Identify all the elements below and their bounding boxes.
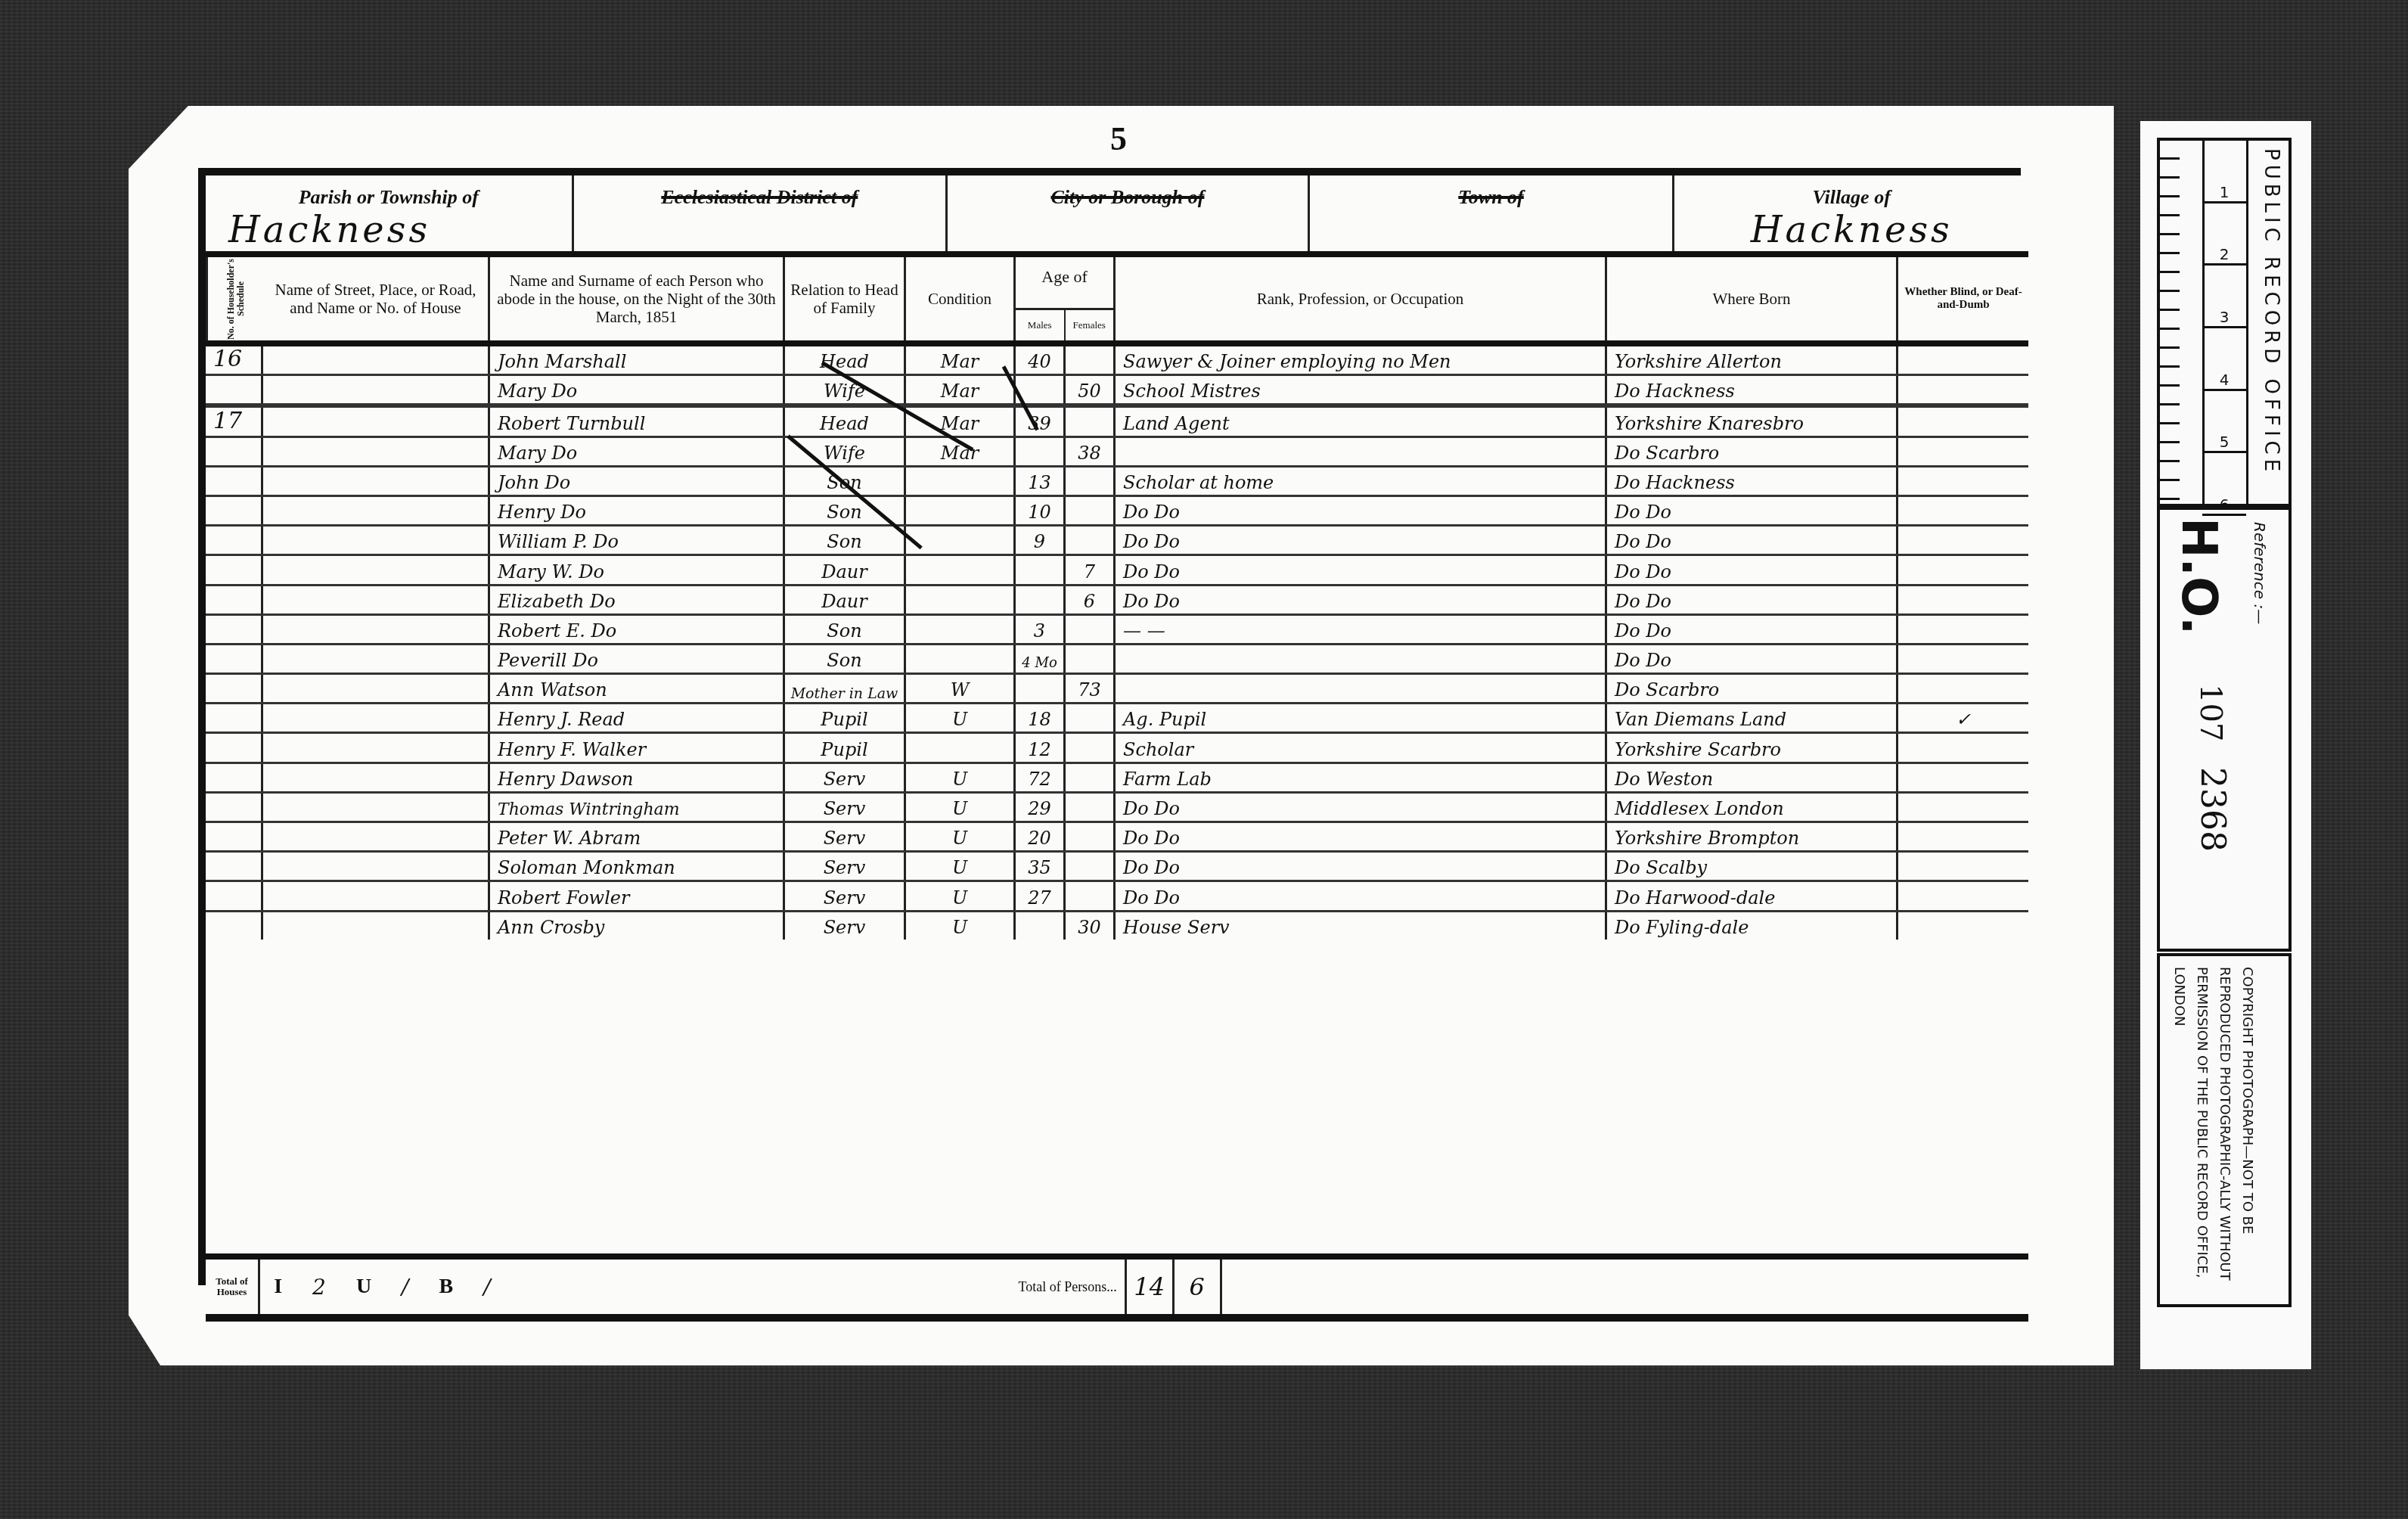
cell-male-age: 20 <box>1016 823 1066 850</box>
census-rows: 16 John Marshall Head Mar 40 Sawyer & Jo… <box>206 346 2028 940</box>
cell-relation: Son <box>785 468 906 495</box>
cell-condition <box>906 556 1016 583</box>
table-row: John Do Son 13 Scholar at home Do Hackne… <box>206 468 2028 497</box>
cell-condition: U <box>906 823 1016 850</box>
cell-blind <box>1898 586 2028 614</box>
cell-blind <box>1898 556 2028 583</box>
reference-series: 107 <box>2193 684 2228 741</box>
cell-born: Do Weston <box>1607 764 1898 791</box>
cell-occupation: School Mistres <box>1116 376 1607 403</box>
cell-relation: Serv <box>785 882 906 909</box>
totals-blank <box>1220 1260 2028 1314</box>
cell-born: Yorkshire Allerton <box>1607 346 1898 374</box>
reference-piece: 2368 <box>2193 767 2232 852</box>
total-houses-values: I 2 U / B / <box>260 1260 970 1314</box>
cell-occupation: Do Do <box>1116 853 1607 880</box>
cell-relation: Pupil <box>785 734 906 761</box>
cell-occupation <box>1116 645 1607 673</box>
reference-strip: 1 2 3 4 5 6 PUBLIC RECORD OFFICE H.O. Re… <box>2140 121 2311 1369</box>
cell-female-age <box>1066 734 1116 761</box>
cell-schedule <box>206 882 263 909</box>
cell-occupation: House Serv <box>1116 912 1607 940</box>
header-condition: Condition <box>906 257 1016 340</box>
cell-relation: Serv <box>785 764 906 791</box>
table-row: Robert E. Do Son 3 — — Do Do <box>206 616 2028 645</box>
cell-name: William P. Do <box>490 527 785 554</box>
cell-occupation: Land Agent <box>1116 408 1607 435</box>
table-row: Henry Dawson Serv U 72 Farm Lab Do Westo… <box>206 764 2028 794</box>
cell-relation: Son <box>785 616 906 643</box>
ruler-cm-scale: 1 2 3 4 5 6 <box>2202 141 2248 504</box>
cell-relation: Son <box>785 527 906 554</box>
cell-male-age <box>1016 586 1066 614</box>
cell-schedule <box>206 645 263 673</box>
cell-relation: Mother in Law <box>785 675 906 702</box>
cell-occupation: Scholar at home <box>1116 468 1607 495</box>
inhabited-value: 2 <box>312 1275 326 1300</box>
cell-born: Yorkshire Knaresbro <box>1607 408 1898 435</box>
cell-occupation: Do Do <box>1116 527 1607 554</box>
cell-condition <box>906 527 1016 554</box>
total-males: 14 <box>1125 1260 1172 1314</box>
cell-street <box>263 853 490 880</box>
parish-label: Parish or Township of <box>206 186 572 209</box>
cell-condition: Mar <box>906 376 1016 403</box>
cell-female-age <box>1066 645 1116 673</box>
cell-condition <box>906 645 1016 673</box>
ruler-ticks <box>2160 141 2205 504</box>
table-row: Peter W. Abram Serv U 20 Do Do Yorkshire… <box>206 823 2028 853</box>
table-row: Ann Crosby Serv U 30 House Serv Do Fylin… <box>206 912 2028 940</box>
uninhabited-value: / <box>402 1275 408 1300</box>
cell-street <box>263 734 490 761</box>
cell-female-age <box>1066 823 1116 850</box>
cell-schedule <box>206 556 263 583</box>
cell-name: Henry J. Read <box>490 704 785 732</box>
cell-born: Do Do <box>1607 497 1898 524</box>
cell-street <box>263 645 490 673</box>
building-value: / <box>483 1275 490 1300</box>
cell-male-age: 12 <box>1016 734 1066 761</box>
cell-street <box>263 912 490 940</box>
cell-name: Ann Crosby <box>490 912 785 940</box>
cell-schedule <box>206 586 263 614</box>
cell-name: Elizabeth Do <box>490 586 785 614</box>
cell-schedule <box>206 616 263 643</box>
table-row: Thomas Wintringham Serv U 29 Do Do Middl… <box>206 794 2028 823</box>
location-band: Parish or Township of Hackness Ecclesias… <box>206 176 2028 257</box>
table-row: 16 John Marshall Head Mar 40 Sawyer & Jo… <box>206 346 2028 376</box>
copyright-box: COPYRIGHT PHOTOGRAPH—NOT TO BE REPRODUCE… <box>2157 953 2292 1307</box>
cell-schedule <box>206 912 263 940</box>
cell-name: Henry F. Walker <box>490 734 785 761</box>
cell-female-age <box>1066 704 1116 732</box>
column-headers: No. of Householder's Schedule Name of St… <box>206 257 2028 346</box>
cell-occupation: Do Do <box>1116 823 1607 850</box>
total-females: 6 <box>1172 1260 1220 1314</box>
cell-occupation: Ag. Pupil <box>1116 704 1607 732</box>
cell-condition <box>906 734 1016 761</box>
cell-relation: Serv <box>785 794 906 821</box>
cell-street <box>263 408 490 435</box>
totals-row: Total of Houses I 2 U / B / Total of Per… <box>206 1253 2028 1322</box>
ruler-mark: 1 <box>2202 141 2246 203</box>
reference-label: Reference :— <box>2251 522 2269 624</box>
cell-female-age <box>1066 346 1116 374</box>
cell-schedule <box>206 823 263 850</box>
copyright-text: COPYRIGHT PHOTOGRAPH—NOT TO BE REPRODUCE… <box>2168 967 2258 1292</box>
cell-name: John Do <box>490 468 785 495</box>
cell-female-age <box>1066 794 1116 821</box>
cell-blind <box>1898 468 2028 495</box>
table-row: Robert Fowler Serv U 27 Do Do Do Harwood… <box>206 882 2028 912</box>
ruler-mark: 2 <box>2202 203 2246 266</box>
cell-schedule <box>206 794 263 821</box>
ruler-mark: 3 <box>2202 266 2246 328</box>
header-females: Females <box>1066 310 1114 340</box>
village-cell: Village of Hackness <box>1674 176 2028 251</box>
header-blind: Whether Blind, or Deaf-and-Dumb <box>1898 257 2028 340</box>
cell-born: Do Fyling-dale <box>1607 912 1898 940</box>
uninhabited-label: U <box>356 1275 371 1299</box>
table-row: Henry F. Walker Pupil 12 Scholar Yorkshi… <box>206 734 2028 763</box>
cell-occupation: Do Do <box>1116 586 1607 614</box>
cell-male-age: 72 <box>1016 764 1066 791</box>
cell-female-age <box>1066 764 1116 791</box>
table-row: Elizabeth Do Daur 6 Do Do Do Do <box>206 586 2028 616</box>
cell-condition: Mar <box>906 346 1016 374</box>
cell-born: Do Do <box>1607 645 1898 673</box>
cell-blind <box>1898 675 2028 702</box>
cell-schedule <box>206 764 263 791</box>
total-houses-label: Total of Houses <box>206 1260 260 1314</box>
cell-male-age: 10 <box>1016 497 1066 524</box>
cell-street <box>263 704 490 732</box>
cell-born: Van Diemans Land <box>1607 704 1898 732</box>
cell-male-age: 18 <box>1016 704 1066 732</box>
cell-occupation: — — <box>1116 616 1607 643</box>
cell-name: Soloman Monkman <box>490 853 785 880</box>
cell-female-age: 73 <box>1066 675 1116 702</box>
parish-cell: Parish or Township of Hackness <box>206 176 574 251</box>
cell-condition: W <box>906 675 1016 702</box>
cell-born: Do Do <box>1607 527 1898 554</box>
cell-occupation: Sawyer & Joiner employing no Men <box>1116 346 1607 374</box>
cell-schedule <box>206 468 263 495</box>
page-number: 5 <box>1110 120 1127 158</box>
census-form: Parish or Township of Hackness Ecclesias… <box>198 168 2021 1285</box>
cell-blind <box>1898 882 2028 909</box>
cell-occupation: Do Do <box>1116 556 1607 583</box>
cell-female-age <box>1066 527 1116 554</box>
cell-born: Do Harwood-dale <box>1607 882 1898 909</box>
cell-street <box>263 882 490 909</box>
cell-male-age: 40 <box>1016 346 1066 374</box>
cell-male-age: 4 Mo <box>1016 645 1066 673</box>
cell-schedule <box>206 497 263 524</box>
cell-male-age: 27 <box>1016 882 1066 909</box>
cell-male-age: 13 <box>1016 468 1066 495</box>
cell-female-age <box>1066 408 1116 435</box>
table-row: Mary Do Wife Mar 38 Do Scarbro <box>206 438 2028 468</box>
cell-born: Do Do <box>1607 616 1898 643</box>
cell-street <box>263 497 490 524</box>
cell-condition: U <box>906 764 1016 791</box>
header-age: Age of Males Females <box>1016 257 1116 340</box>
table-row: Soloman Monkman Serv U 35 Do Do Do Scalb… <box>206 853 2028 882</box>
cell-relation: Head <box>785 408 906 435</box>
header-street: Name of Street, Place, or Road, and Name… <box>263 257 490 340</box>
cell-born: Do Scarbro <box>1607 675 1898 702</box>
ecclesiastical-cell: Ecclesiastical District of <box>574 176 948 251</box>
cell-relation: Daur <box>785 586 906 614</box>
cell-name: John Marshall <box>490 346 785 374</box>
cell-blind <box>1898 645 2028 673</box>
cell-occupation <box>1116 438 1607 465</box>
parish-value: Hackness <box>206 209 594 251</box>
cell-street <box>263 468 490 495</box>
header-age-sub: Males Females <box>1016 308 1113 340</box>
table-row: Henry J. Read Pupil U 18 Ag. Pupil Van D… <box>206 704 2028 734</box>
cell-blind <box>1898 823 2028 850</box>
cell-name: Mary Do <box>490 438 785 465</box>
cell-born: Yorkshire Scarbro <box>1607 734 1898 761</box>
cell-street <box>263 556 490 583</box>
cell-born: Do Do <box>1607 586 1898 614</box>
cell-born: Yorkshire Brompton <box>1607 823 1898 850</box>
cell-street <box>263 376 490 403</box>
cell-condition: U <box>906 882 1016 909</box>
cell-relation: Son <box>785 645 906 673</box>
cell-female-age: 30 <box>1066 912 1116 940</box>
cell-street <box>263 346 490 374</box>
cell-street <box>263 527 490 554</box>
cell-blind <box>1898 438 2028 465</box>
cell-schedule <box>206 376 263 403</box>
cell-relation: Serv <box>785 912 906 940</box>
header-relation: Relation to Head of Family <box>785 257 906 340</box>
cell-occupation <box>1116 675 1607 702</box>
cell-schedule <box>206 527 263 554</box>
town-cell: Town of <box>1310 176 1675 251</box>
cell-name: Peter W. Abram <box>490 823 785 850</box>
town-label: Town of <box>1310 186 1673 209</box>
header-males: Males <box>1016 310 1066 340</box>
cell-blind <box>1898 794 2028 821</box>
city-label: City or Borough of <box>948 186 1308 209</box>
cell-blind <box>1898 616 2028 643</box>
scale-ruler: 1 2 3 4 5 6 PUBLIC RECORD OFFICE <box>2157 138 2292 507</box>
cell-name: Henry Dawson <box>490 764 785 791</box>
cell-female-age <box>1066 468 1116 495</box>
cell-occupation: Do Do <box>1116 794 1607 821</box>
cell-street <box>263 764 490 791</box>
cell-blind <box>1898 497 2028 524</box>
cell-condition: U <box>906 853 1016 880</box>
cell-blind <box>1898 527 2028 554</box>
cell-male-age <box>1016 438 1066 465</box>
cell-schedule <box>206 853 263 880</box>
cell-name: Mary W. Do <box>490 556 785 583</box>
cell-female-age: 7 <box>1066 556 1116 583</box>
cell-female-age <box>1066 853 1116 880</box>
header-age-title: Age of <box>1041 268 1087 286</box>
header-occupation: Rank, Profession, or Occupation <box>1116 257 1607 340</box>
cell-female-age: 38 <box>1066 438 1116 465</box>
cell-street <box>263 794 490 821</box>
table-row: Peverill Do Son 4 Mo Do Do <box>206 645 2028 675</box>
cell-condition <box>906 616 1016 643</box>
cell-street <box>263 438 490 465</box>
village-value: Hackness <box>1674 209 2028 251</box>
village-label: Village of <box>1674 186 2028 209</box>
cell-street <box>263 675 490 702</box>
strip-title: PUBLIC RECORD OFFICE <box>2260 148 2282 476</box>
cell-condition <box>906 586 1016 614</box>
table-row: Mary Do Wife Mar 50 School Mistres Do Ha… <box>206 376 2028 408</box>
cell-blind <box>1898 853 2028 880</box>
cell-name: Robert Fowler <box>490 882 785 909</box>
ecclesiastical-label: Ecclesiastical District of <box>574 186 946 209</box>
cell-relation: Pupil <box>785 704 906 732</box>
cell-male-age <box>1016 912 1066 940</box>
cell-blind <box>1898 734 2028 761</box>
cell-female-age <box>1066 616 1116 643</box>
cell-name: Thomas Wintringham <box>490 794 785 821</box>
building-label: B <box>439 1275 454 1299</box>
cell-born: Middlesex London <box>1607 794 1898 821</box>
cell-female-age: 50 <box>1066 376 1116 403</box>
cell-schedule: 16 <box>206 346 263 374</box>
table-row: William P. Do Son 9 Do Do Do Do <box>206 527 2028 556</box>
cell-male-age: 9 <box>1016 527 1066 554</box>
cell-blind <box>1898 912 2028 940</box>
cell-condition: U <box>906 794 1016 821</box>
header-born: Where Born <box>1607 257 1898 340</box>
cell-female-age <box>1066 882 1116 909</box>
cell-born: Do Do <box>1607 556 1898 583</box>
cell-name: Robert Turnbull <box>490 408 785 435</box>
cell-occupation: Do Do <box>1116 882 1607 909</box>
total-persons-label: Total of Persons... <box>970 1260 1125 1314</box>
cell-name: Mary Do <box>490 376 785 403</box>
cell-born: Do Scarbro <box>1607 438 1898 465</box>
cell-blind <box>1898 408 2028 435</box>
cell-name: Ann Watson <box>490 675 785 702</box>
reference-code: H.O. <box>2171 517 2226 635</box>
cell-male-age <box>1016 675 1066 702</box>
table-row: Ann Watson Mother in Law W 73 Do Scarbro <box>206 675 2028 704</box>
cell-born: Do Scalby <box>1607 853 1898 880</box>
reference-box: H.O. Reference :— 107 2368 <box>2157 507 2292 952</box>
cell-street <box>263 586 490 614</box>
cell-schedule <box>206 734 263 761</box>
cell-schedule <box>206 704 263 732</box>
cell-occupation: Farm Lab <box>1116 764 1607 791</box>
ruler-mark: 5 <box>2202 391 2246 454</box>
cell-born: Do Hackness <box>1607 468 1898 495</box>
cell-male-age: 39 <box>1016 408 1066 435</box>
cell-street <box>263 823 490 850</box>
table-row: Mary W. Do Daur 7 Do Do Do Do <box>206 556 2028 586</box>
cell-blind <box>1898 346 2028 374</box>
header-name: Name and Surname of each Person who abod… <box>490 257 785 340</box>
cell-male-age: 3 <box>1016 616 1066 643</box>
cell-male-age <box>1016 556 1066 583</box>
cell-condition: U <box>906 912 1016 940</box>
cell-relation: Head <box>785 346 906 374</box>
cell-female-age: 6 <box>1066 586 1116 614</box>
cell-condition <box>906 468 1016 495</box>
cell-relation: Serv <box>785 853 906 880</box>
cell-blind <box>1898 376 2028 403</box>
cell-schedule <box>206 438 263 465</box>
inhabited-label: I <box>274 1275 282 1299</box>
cell-occupation: Do Do <box>1116 497 1607 524</box>
cell-relation: Daur <box>785 556 906 583</box>
cell-blind <box>1898 764 2028 791</box>
cell-condition <box>906 497 1016 524</box>
ruler-mark: 4 <box>2202 328 2246 391</box>
cell-schedule: 17 <box>206 408 263 435</box>
cell-name: Peverill Do <box>490 645 785 673</box>
cell-name: Robert E. Do <box>490 616 785 643</box>
cell-male-age: 29 <box>1016 794 1066 821</box>
cell-occupation: Scholar <box>1116 734 1607 761</box>
city-cell: City or Borough of <box>948 176 1310 251</box>
table-row: Henry Do Son 10 Do Do Do Do <box>206 497 2028 527</box>
cell-schedule <box>206 675 263 702</box>
cell-male-age: 35 <box>1016 853 1066 880</box>
cell-relation: Serv <box>785 823 906 850</box>
cell-street <box>263 616 490 643</box>
cell-blind: ✓ <box>1898 704 2028 732</box>
header-schedule: No. of Householder's Schedule <box>206 257 263 340</box>
cell-female-age <box>1066 497 1116 524</box>
cell-condition: U <box>906 704 1016 732</box>
table-row: 17 Robert Turnbull Head Mar 39 Land Agen… <box>206 408 2028 437</box>
cell-born: Do Hackness <box>1607 376 1898 403</box>
cell-name: Henry Do <box>490 497 785 524</box>
